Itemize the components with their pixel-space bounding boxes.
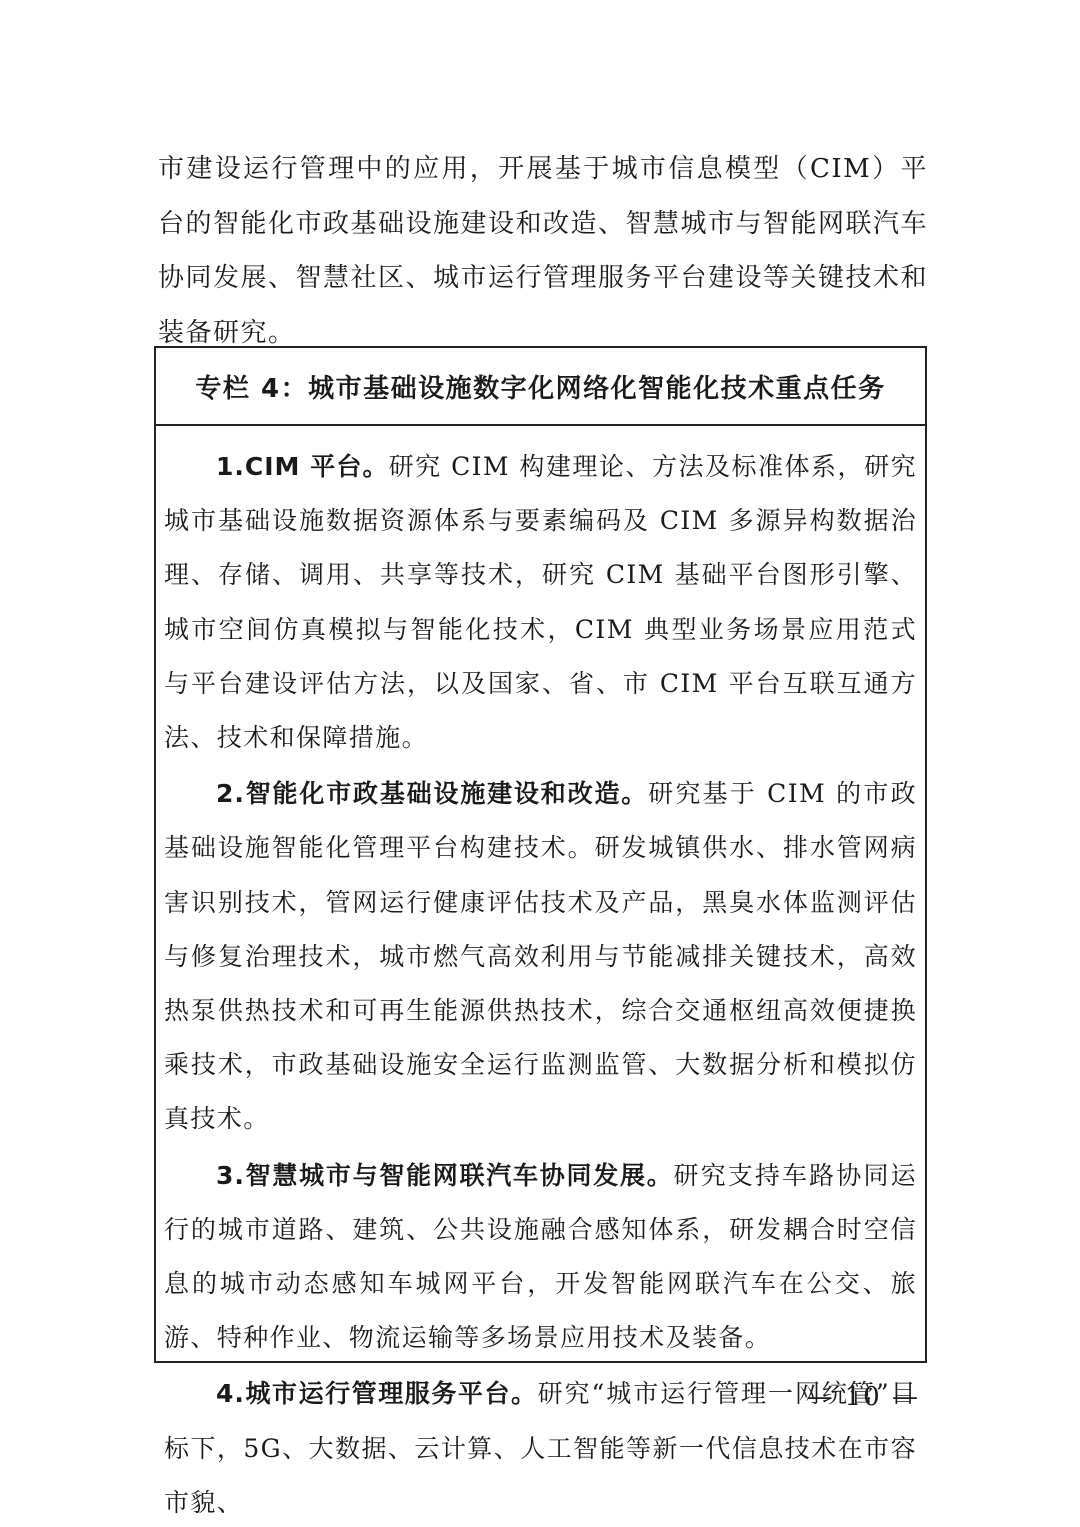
- task-heading: 1.CIM 平台。: [216, 452, 389, 481]
- task-item-city-operation-platform: 4.城市运行管理服务平台。研究“城市运行管理一网统管”目标下，5G、大数据、云计…: [164, 1367, 917, 1527]
- task-text: 研究 CIM 构建理论、方法及标准体系，研究城市基础设施数据资源体系与要素编码及…: [164, 452, 917, 752]
- page-number: — 10 —: [806, 1382, 920, 1412]
- task-item-municipal-infrastructure: 2.智能化市政基础设施建设和改造。研究基于 CIM 的市政基础设施智能化管理平台…: [164, 767, 917, 1146]
- column-body: 1.CIM 平台。研究 CIM 构建理论、方法及标准体系，研究城市基础设施数据资…: [156, 426, 925, 1527]
- intro-paragraph: 市建设运行管理中的应用，开展基于城市信息模型（CIM）平台的智能化市政基础设施建…: [158, 142, 928, 360]
- task-item-cim-platform: 1.CIM 平台。研究 CIM 构建理论、方法及标准体系，研究城市基础设施数据资…: [164, 440, 917, 765]
- task-heading: 4.城市运行管理服务平台。: [216, 1379, 538, 1408]
- task-item-smart-city-vehicles: 3.智慧城市与智能网联汽车协同发展。研究支持车路协同运行的城市道路、建筑、公共设…: [164, 1149, 917, 1366]
- intro-text: 市建设运行管理中的应用，开展基于城市信息模型（CIM）平台的智能化市政基础设施建…: [158, 142, 928, 360]
- task-heading: 2.智能化市政基础设施建设和改造。: [216, 779, 648, 808]
- task-heading: 3.智慧城市与智能网联汽车协同发展。: [216, 1161, 673, 1190]
- column-box: 专栏 4：城市基础设施数字化网络化智能化技术重点任务 1.CIM 平台。研究 C…: [154, 346, 927, 1363]
- column-title: 专栏 4：城市基础设施数字化网络化智能化技术重点任务: [156, 348, 925, 426]
- task-text: 研究基于 CIM 的市政基础设施智能化管理平台构建技术。研发城镇供水、排水管网病…: [164, 779, 917, 1133]
